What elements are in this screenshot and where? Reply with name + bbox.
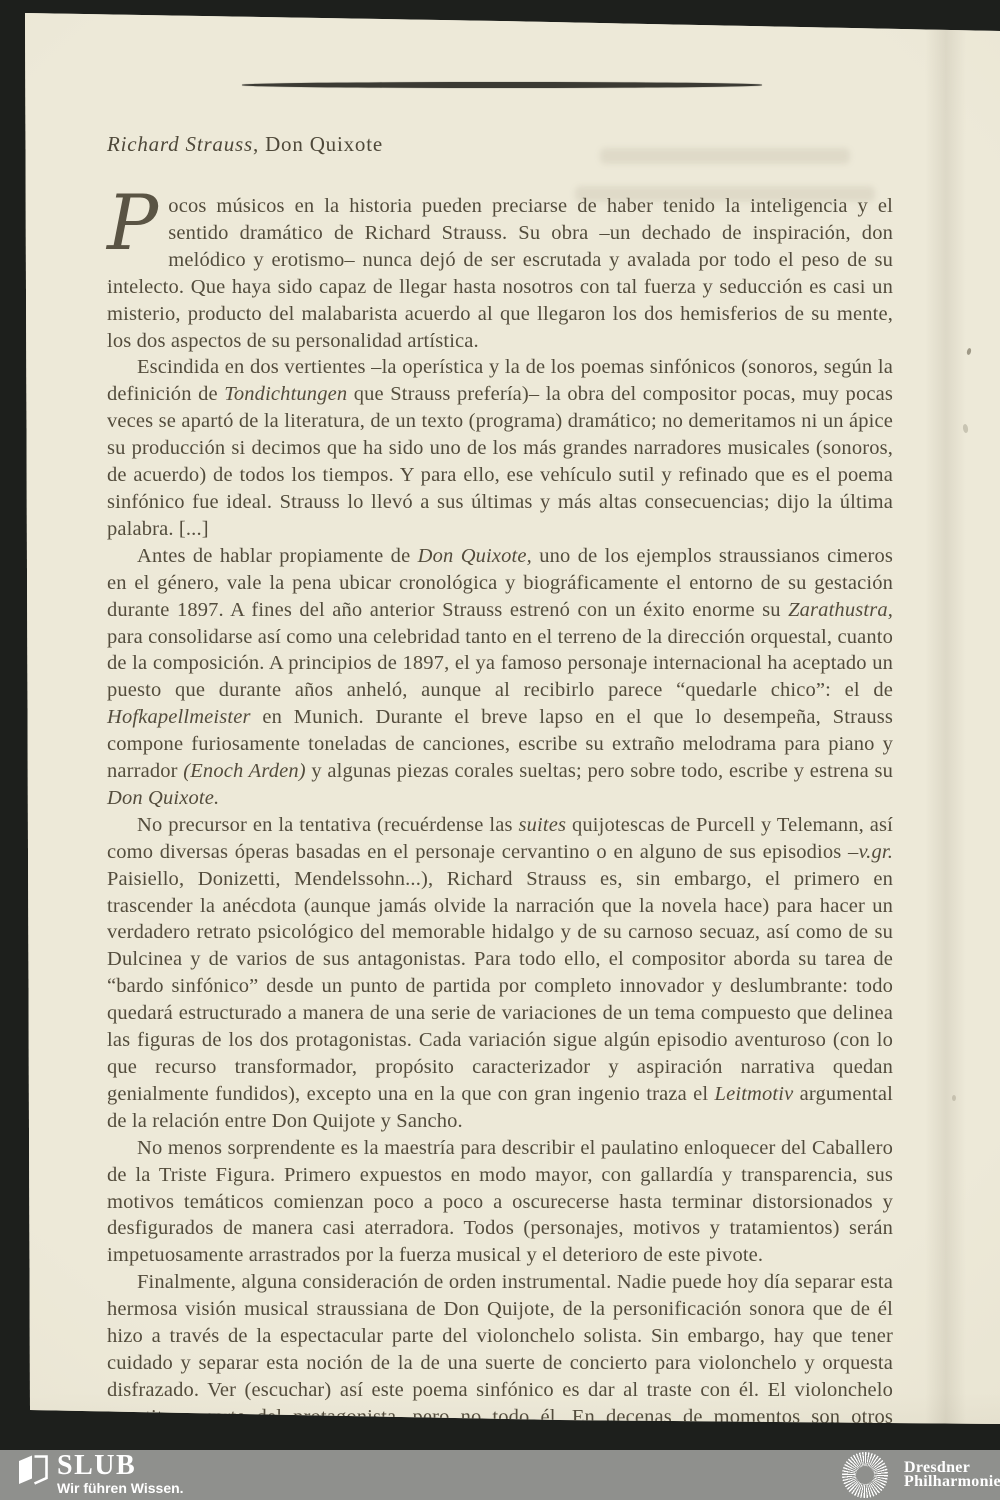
page-title: Richard Strauss, Don Quixote	[107, 131, 893, 158]
paragraph: No precursor en la tentativa (recuérdens…	[107, 812, 893, 1135]
paragraph: No menos sorprendente es la maestría par…	[107, 1135, 893, 1270]
scan-speck	[966, 348, 972, 356]
scanned-page-viewer: { "page": { "title": { "italic": "Richar…	[0, 0, 1000, 1500]
paragraph: Finalmente, alguna consideración de orde…	[107, 1269, 893, 1457]
paragraph: Antes de hablar propiamente de Don Quixo…	[107, 543, 893, 812]
open-book-icon	[18, 1454, 48, 1486]
drop-cap: P	[107, 196, 158, 250]
page-title-work-name: , Don Quixote	[253, 132, 383, 156]
paragraph: Escindida en dos vertientes –la operísti…	[107, 354, 893, 542]
footer-bar: SLUB Wir führen Wissen. Dresdner Philhar…	[0, 1450, 1000, 1500]
paragraph: Pocos músicos en la historia pueden prec…	[107, 193, 893, 354]
body-text: Pocos músicos en la historia pueden prec…	[107, 193, 893, 1458]
page-content: Richard Strauss, Don Quixote Pocos músic…	[107, 131, 893, 1458]
slub-tagline: Wir führen Wissen.	[57, 1481, 184, 1496]
sunburst-icon	[842, 1452, 888, 1498]
scanned-paper: Richard Strauss, Don Quixote Pocos músic…	[0, 0, 1000, 1450]
scan-speck	[962, 424, 968, 434]
slub-text: SLUB Wir führen Wissen.	[57, 1452, 184, 1496]
page-title-work-author: Richard Strauss	[107, 132, 253, 156]
scan-speck	[952, 1095, 956, 1101]
slub-name: SLUB	[57, 1452, 184, 1480]
dresdner-philharmonie-logo: Dresdner Philharmonie	[842, 1450, 1000, 1500]
tapered-divider	[242, 82, 762, 88]
slub-logo: SLUB Wir führen Wissen.	[18, 1452, 184, 1496]
philharmonie-name: Dresdner Philharmonie	[904, 1461, 1000, 1490]
philharmonie-name-line2: Philharmonie	[904, 1475, 1000, 1490]
